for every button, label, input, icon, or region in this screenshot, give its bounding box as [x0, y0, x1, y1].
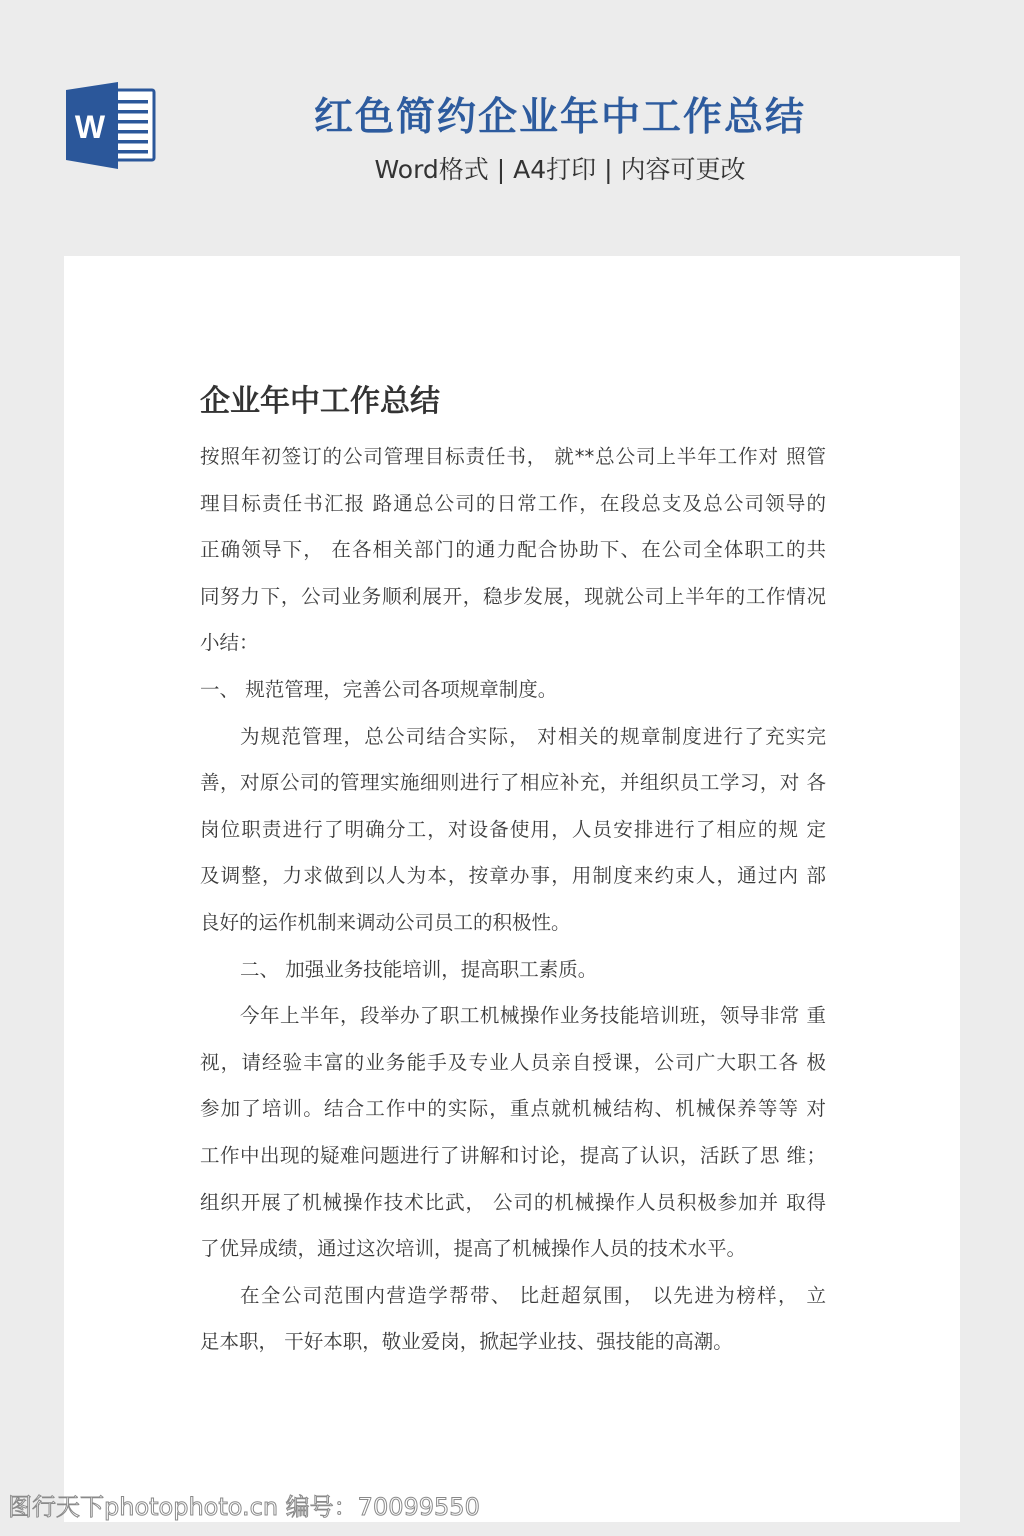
body-line: 足本职， 干好本职，敬业爱岗，掀起学业技、强技能的高潮。: [200, 1319, 826, 1366]
document-body: 按照年初签订的公司管理目标责任书， 就**总公司上半年工作对 照管理目标责任书汇…: [200, 434, 826, 1366]
body-line: 正确领导下， 在各相关部门的通力配合协助下、在公司全体职工的共: [200, 527, 826, 574]
body-line: 为规范管理，总公司结合实际， 对相关的规章制度进行了充实完: [200, 714, 826, 761]
body-line: 了优异成绩，通过这次培训，提高了机械操作人员的技术水平。: [200, 1226, 826, 1273]
body-line: 一、 规范管理，完善公司各项规章制度。: [200, 667, 826, 714]
body-line: 良好的运作机制来调动公司员工的积极性。: [200, 900, 826, 947]
body-line: 工作中出现的疑难问题进行了讲解和讨论，提高了认识，活跃了思 维；: [200, 1133, 826, 1180]
document-heading: 企业年中工作总结: [200, 376, 826, 428]
body-line: 善，对原公司的管理实施细则进行了相应补充，并组织员工学习，对 各: [200, 760, 826, 807]
document-content: 企业年中工作总结 按照年初签订的公司管理目标责任书， 就**总公司上半年工作对 …: [200, 376, 826, 1366]
body-line: 组织开展了机械操作技术比武， 公司的机械操作人员积极参加并 取得: [200, 1180, 826, 1227]
body-line: 二、 加强业务技能培训，提高职工素质。: [200, 947, 826, 994]
body-line: 按照年初签订的公司管理目标责任书， 就**总公司上半年工作对 照管: [200, 434, 826, 481]
header: W 红色简约企业年中工作总结 Word格式 | A4打印 | 内容可更改: [0, 0, 1024, 256]
body-line: 及调整，力求做到以人为本，按章办事，用制度来约束人，通过内 部: [200, 853, 826, 900]
doc-subtitle: Word格式 | A4打印 | 内容可更改: [300, 150, 820, 190]
doc-title: 红色简约企业年中工作总结: [300, 92, 820, 144]
body-line: 理目标责任书汇报 路通总公司的日常工作，在段总支及总公司领导的: [200, 481, 826, 528]
body-line: 视，请经验丰富的业务能手及专业人员亲自授课，公司广大职工各 极: [200, 1040, 826, 1087]
watermark: 图行天下photophoto.cn 编号：70099550: [8, 1490, 480, 1524]
body-line: 参加了培训。结合工作中的实际，重点就机械结构、机械保养等等 对: [200, 1086, 826, 1133]
body-line: 同努力下，公司业务顺利展开，稳步发展，现就公司上半年的工作情况: [200, 574, 826, 621]
word-document-icon: W: [64, 80, 158, 170]
body-line: 在全公司范围内营造学帮带、 比赶超氛围， 以先进为榜样， 立: [200, 1273, 826, 1320]
body-line: 今年上半年，段举办了职工机械操作业务技能培训班，领导非常 重: [200, 993, 826, 1040]
body-line: 岗位职责进行了明确分工，对设备使用，人员安排进行了相应的规 定: [200, 807, 826, 854]
document-page: 企业年中工作总结 按照年初签订的公司管理目标责任书， 就**总公司上半年工作对 …: [64, 256, 960, 1522]
svg-text:W: W: [75, 109, 106, 145]
body-line: 小结：: [200, 620, 826, 667]
